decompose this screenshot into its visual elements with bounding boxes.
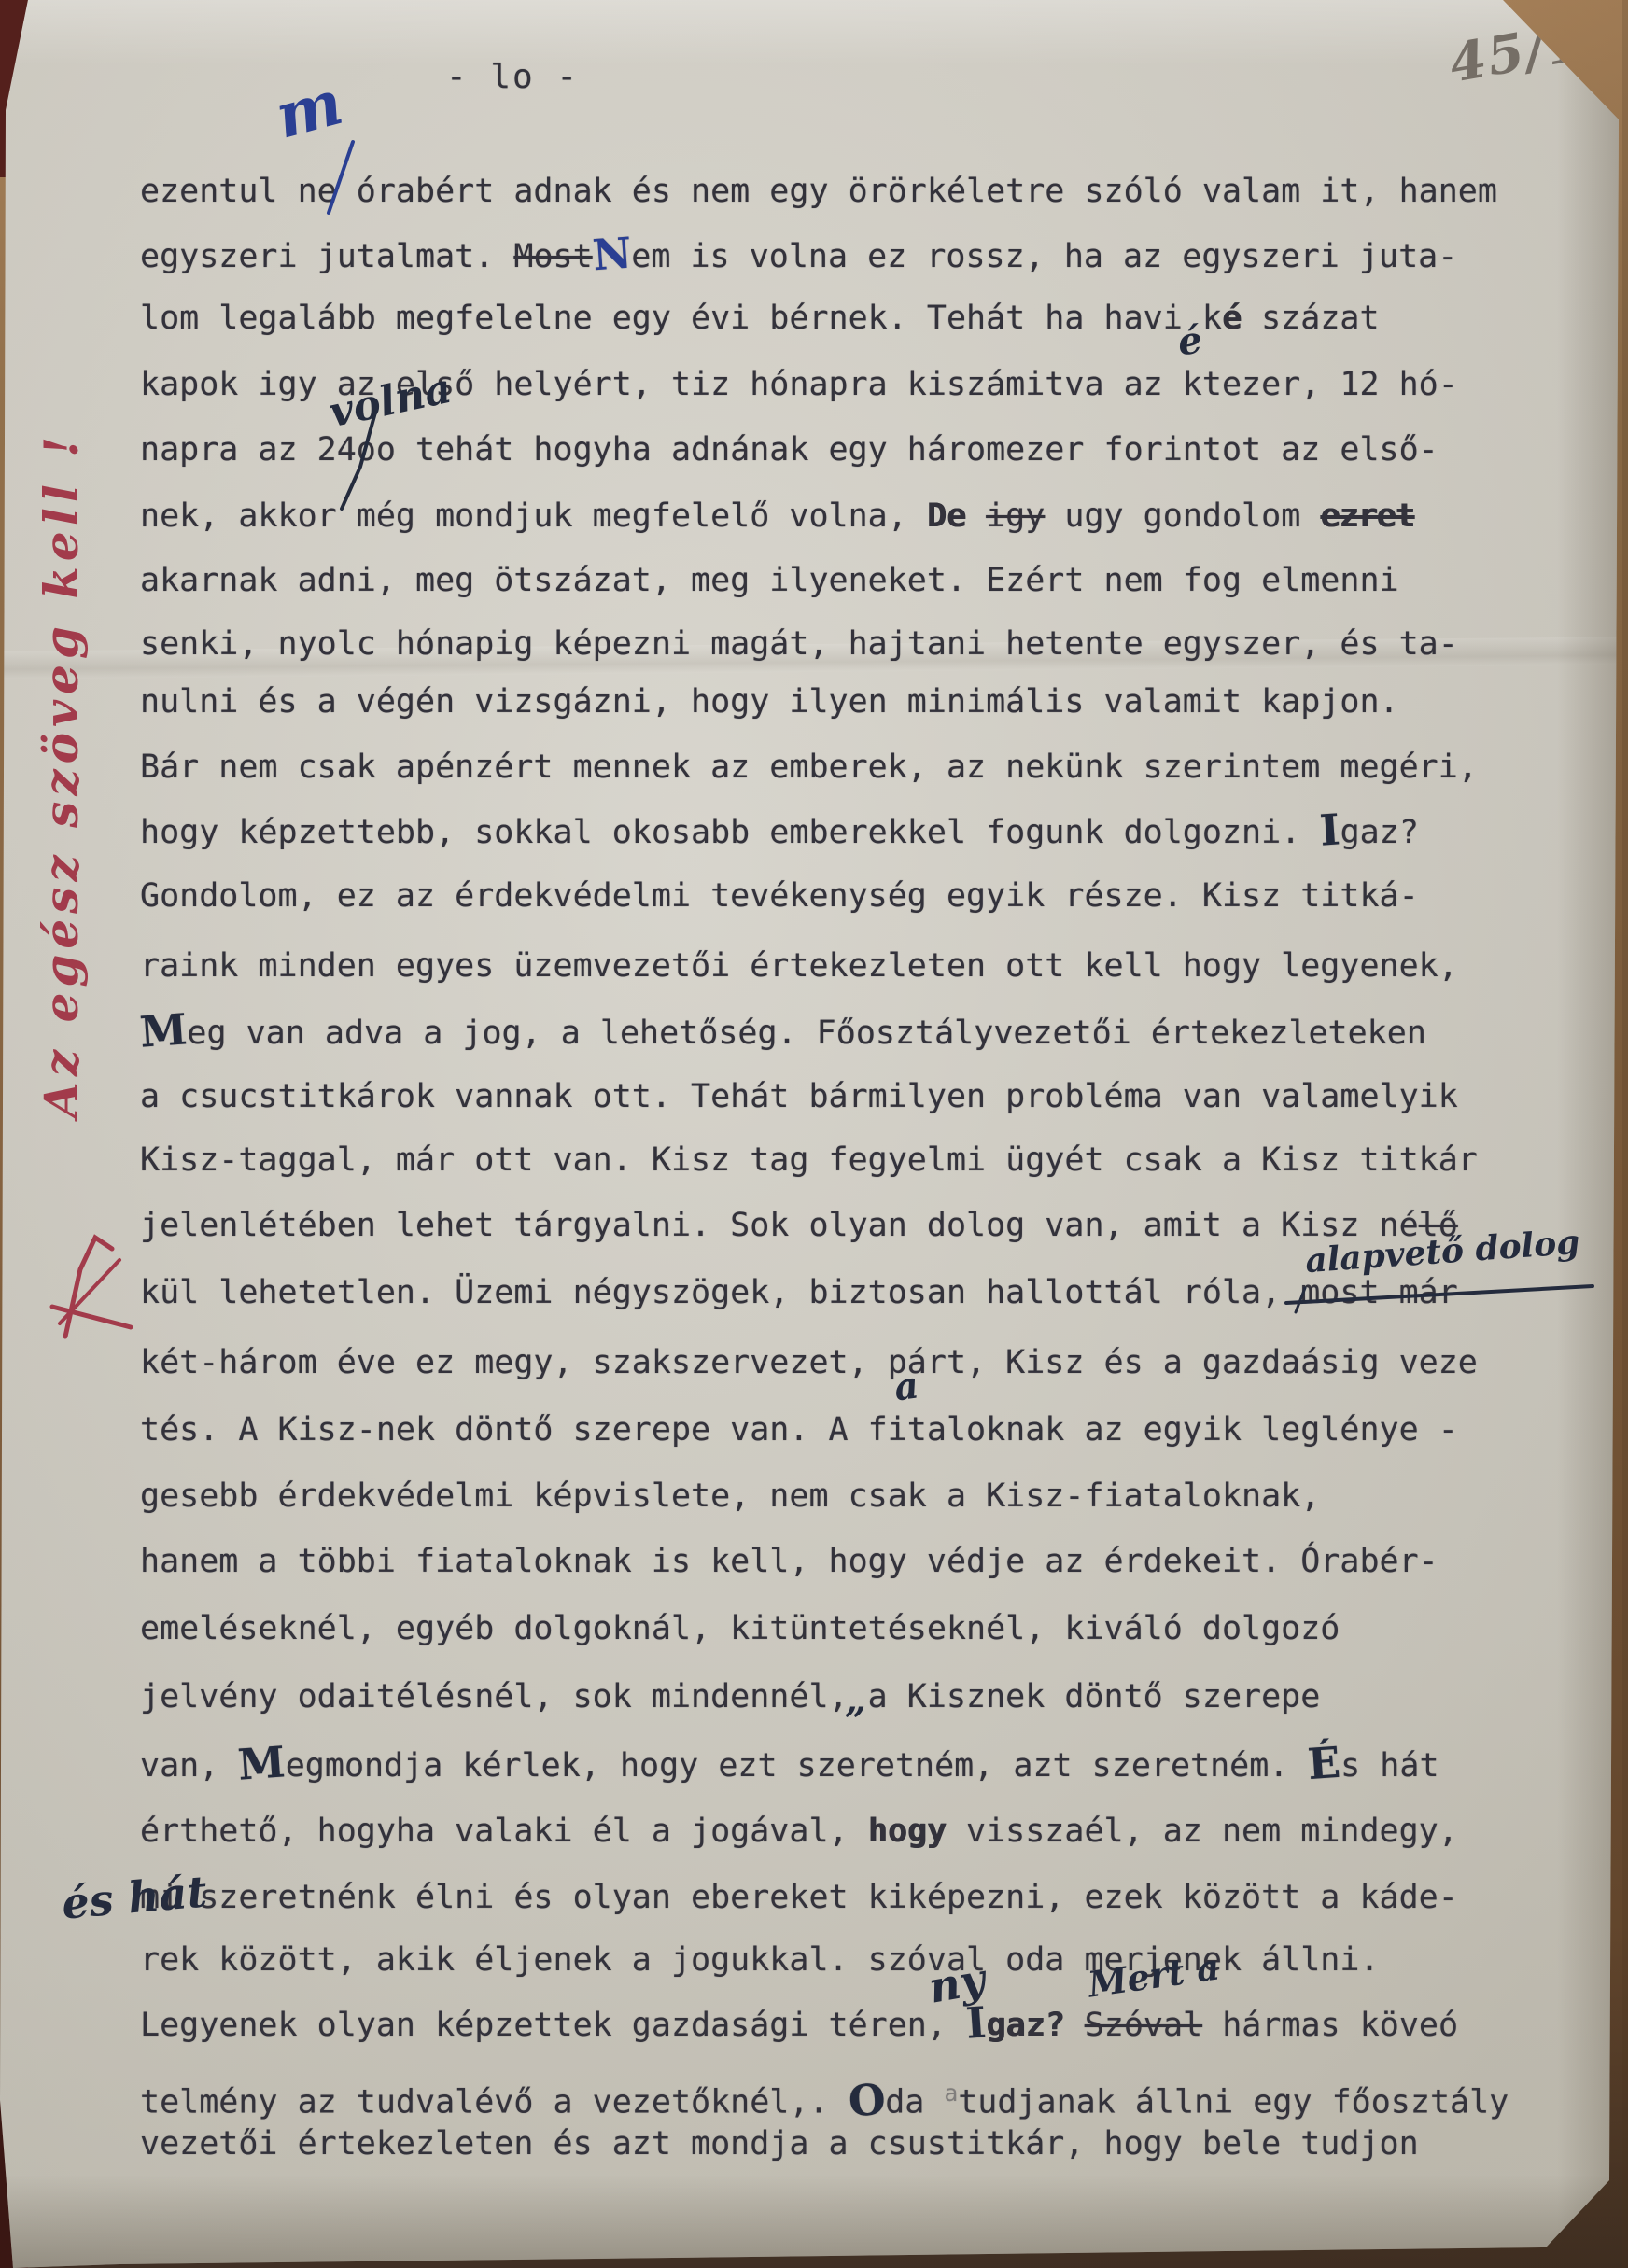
- scanned-typewritten-page-photo: { "document": { "page_header": "- lo -",…: [0, 0, 1628, 2268]
- insertion-slash-line1: [329, 142, 353, 213]
- red-proof-mark-stroke-3: [60, 1260, 119, 1323]
- wood-grain-streak: [1622, 0, 1628, 2268]
- ink-strokes-overlay: [0, 0, 1628, 2268]
- document-page: - lo - 45/10 Az egész szöveg kell ! ezen…: [0, 0, 1628, 2268]
- volna-flourish: [342, 413, 375, 509]
- alapveto-underline: [1286, 1286, 1593, 1303]
